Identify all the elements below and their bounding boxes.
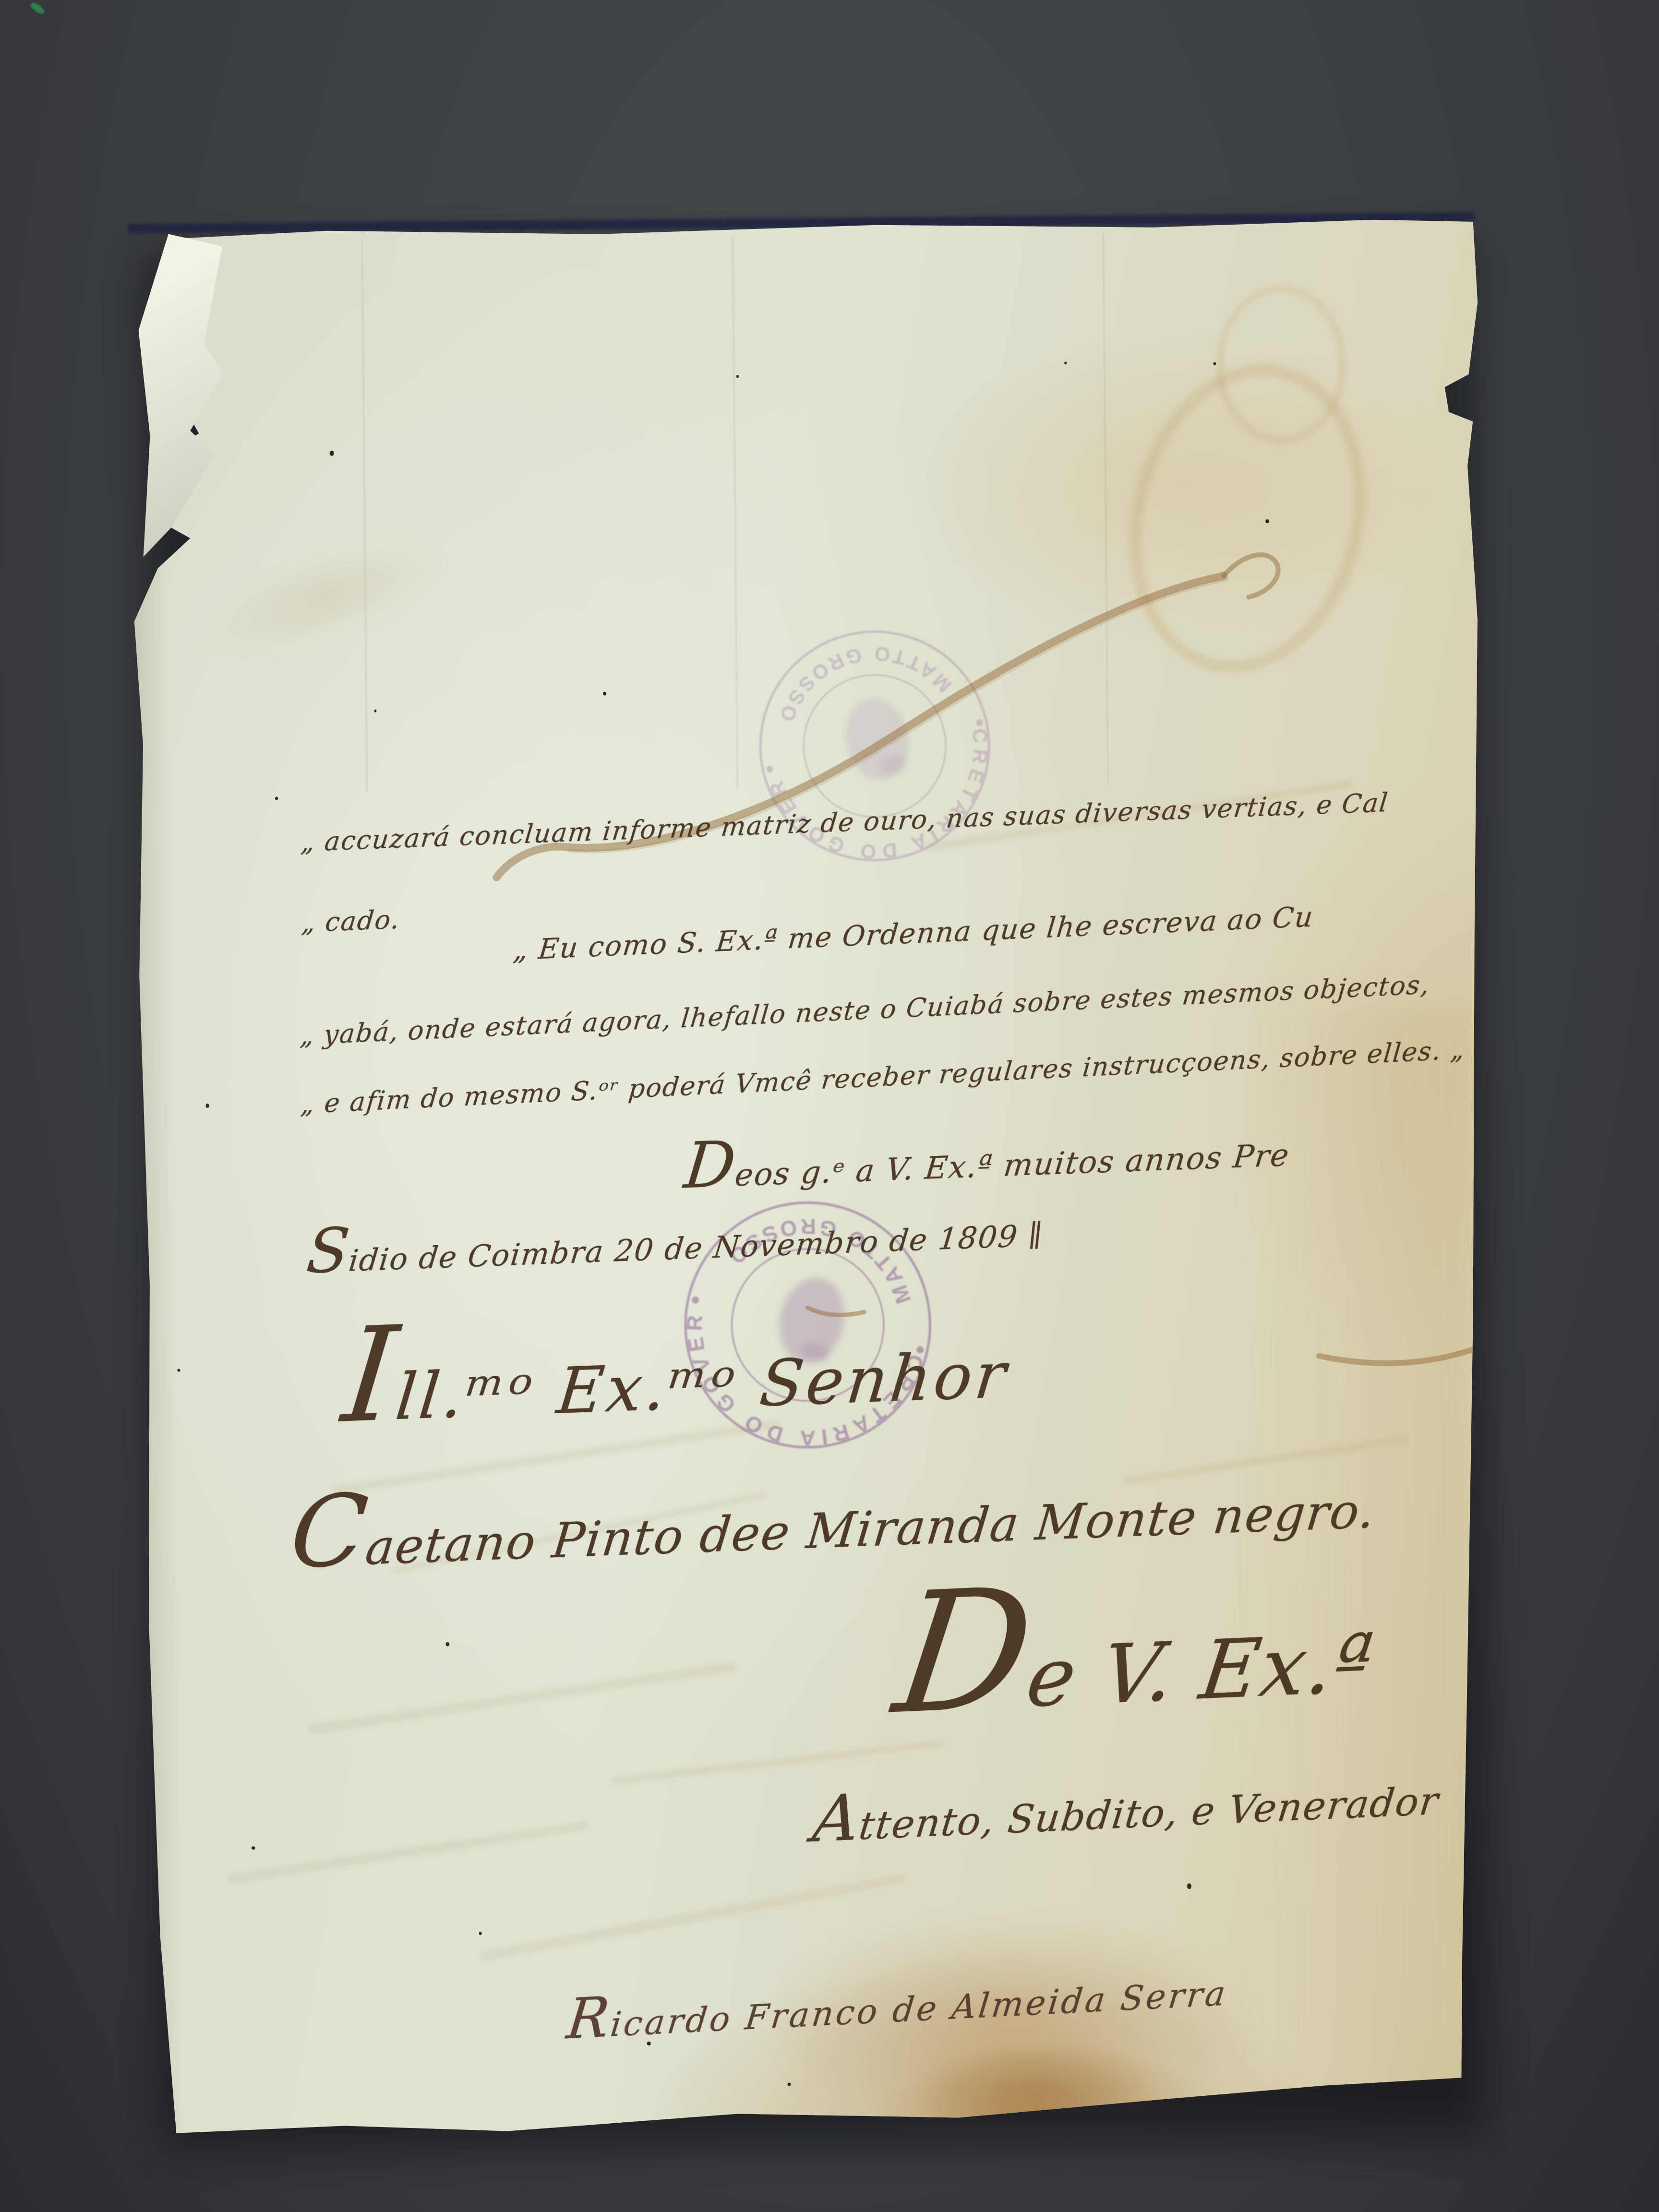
green-paint-fleck [29,1,46,15]
ink-speck [177,1369,180,1371]
signature-line: Ricardo Franco de Almeida Serra [565,1973,1230,2046]
letter-addressee-name: Caetano Pinto dee Miranda Monte negro. [287,1482,1378,1578]
ink-speck [479,1932,482,1935]
ink-speck [1213,362,1216,365]
letter-line-quote-2: „ cado. [301,904,402,938]
letter-honorific: Ill.ᵐᵒ Ex.ᵐᵒ Senhor [338,1338,1012,1437]
ink-speck [787,2082,791,2086]
ink-speck [1265,519,1269,523]
stamp-separator-dot [975,719,984,727]
letter-valediction: Deos g.ᵉ a V. Ex.ª muitos annos Pre [682,1138,1291,1196]
ink-speck [603,692,606,696]
water-ring-stain [1099,339,1397,698]
stamp-arc-top-text: SECRETARIA DO GOVERNO [759,716,1014,886]
flourish-curl [1224,554,1278,597]
stamp-separator-dot [766,765,774,773]
edge-yellowing [1237,1008,1477,2114]
water-ring-stain [1215,284,1347,445]
date-underline [807,1307,864,1315]
ink-speck [736,375,739,378]
ink-speck [206,1104,209,1108]
government-ink-stamp-upper: SECRETARIA DO GOVERNO MATTO GROSSO [726,597,1023,895]
ink-speck [330,451,334,456]
fold-crease [361,240,368,792]
show-through-streak [1122,1435,1408,1486]
letter-line-quote-4: „ yabá, onde estará agora, lhefallo nest… [299,969,1431,1051]
ink-speck [1187,1883,1191,1889]
letter-line-quote-1: „ accuzará concluam informe matriz de ou… [300,787,1390,857]
date-flourish-underline [1319,1334,1497,1364]
show-through-streak [309,1661,737,1735]
ink-speck [445,1642,449,1647]
letter-dateline: Sidio de Coimbra 20 de Novembro de 1809 … [304,1218,1045,1280]
ink-speck [275,797,278,800]
stamp-arc-bottom-text: MATTO GROSSO [761,625,959,733]
fold-crease [732,237,738,789]
letter-closing-role: Attento, Subdito, e Venerador [810,1779,1442,1851]
show-through-streak [228,1821,590,1883]
letter-line-quote-3: „ Eu como S. Ex.ª me Ordenna que lhe esc… [512,900,1315,966]
letter-sheet-wrap: SECRETARIA DO GOVERNO MATTO GROSSO SECRE… [126,216,1498,2139]
show-through-streak [480,1873,906,1961]
ink-speck [374,709,376,712]
letter-line-quote-5: „ e afim do mesmo S.ᵒʳ poderá Vmcê receb… [300,1034,1467,1120]
corner-stain [195,520,457,676]
svg-text:MATTO GROSSO: MATTO GROSSO [761,625,959,733]
letter-closing-devotion: De V. Ex.ª [888,1616,1379,1731]
stamp-separator-dot [691,1296,700,1304]
ink-speck [252,1846,255,1850]
svg-text:SECRETARIA DO GOVERNO: SECRETARIA DO GOVERNO [759,716,1014,886]
stamp-coat-of-arms [838,693,916,787]
photograph-background: SECRETARIA DO GOVERNO MATTO GROSSO SECRE… [0,0,1659,2212]
letter-sheet: SECRETARIA DO GOVERNO MATTO GROSSO SECRE… [126,216,1498,2139]
fold-crease [1103,234,1109,786]
ink-speck [1064,361,1067,364]
